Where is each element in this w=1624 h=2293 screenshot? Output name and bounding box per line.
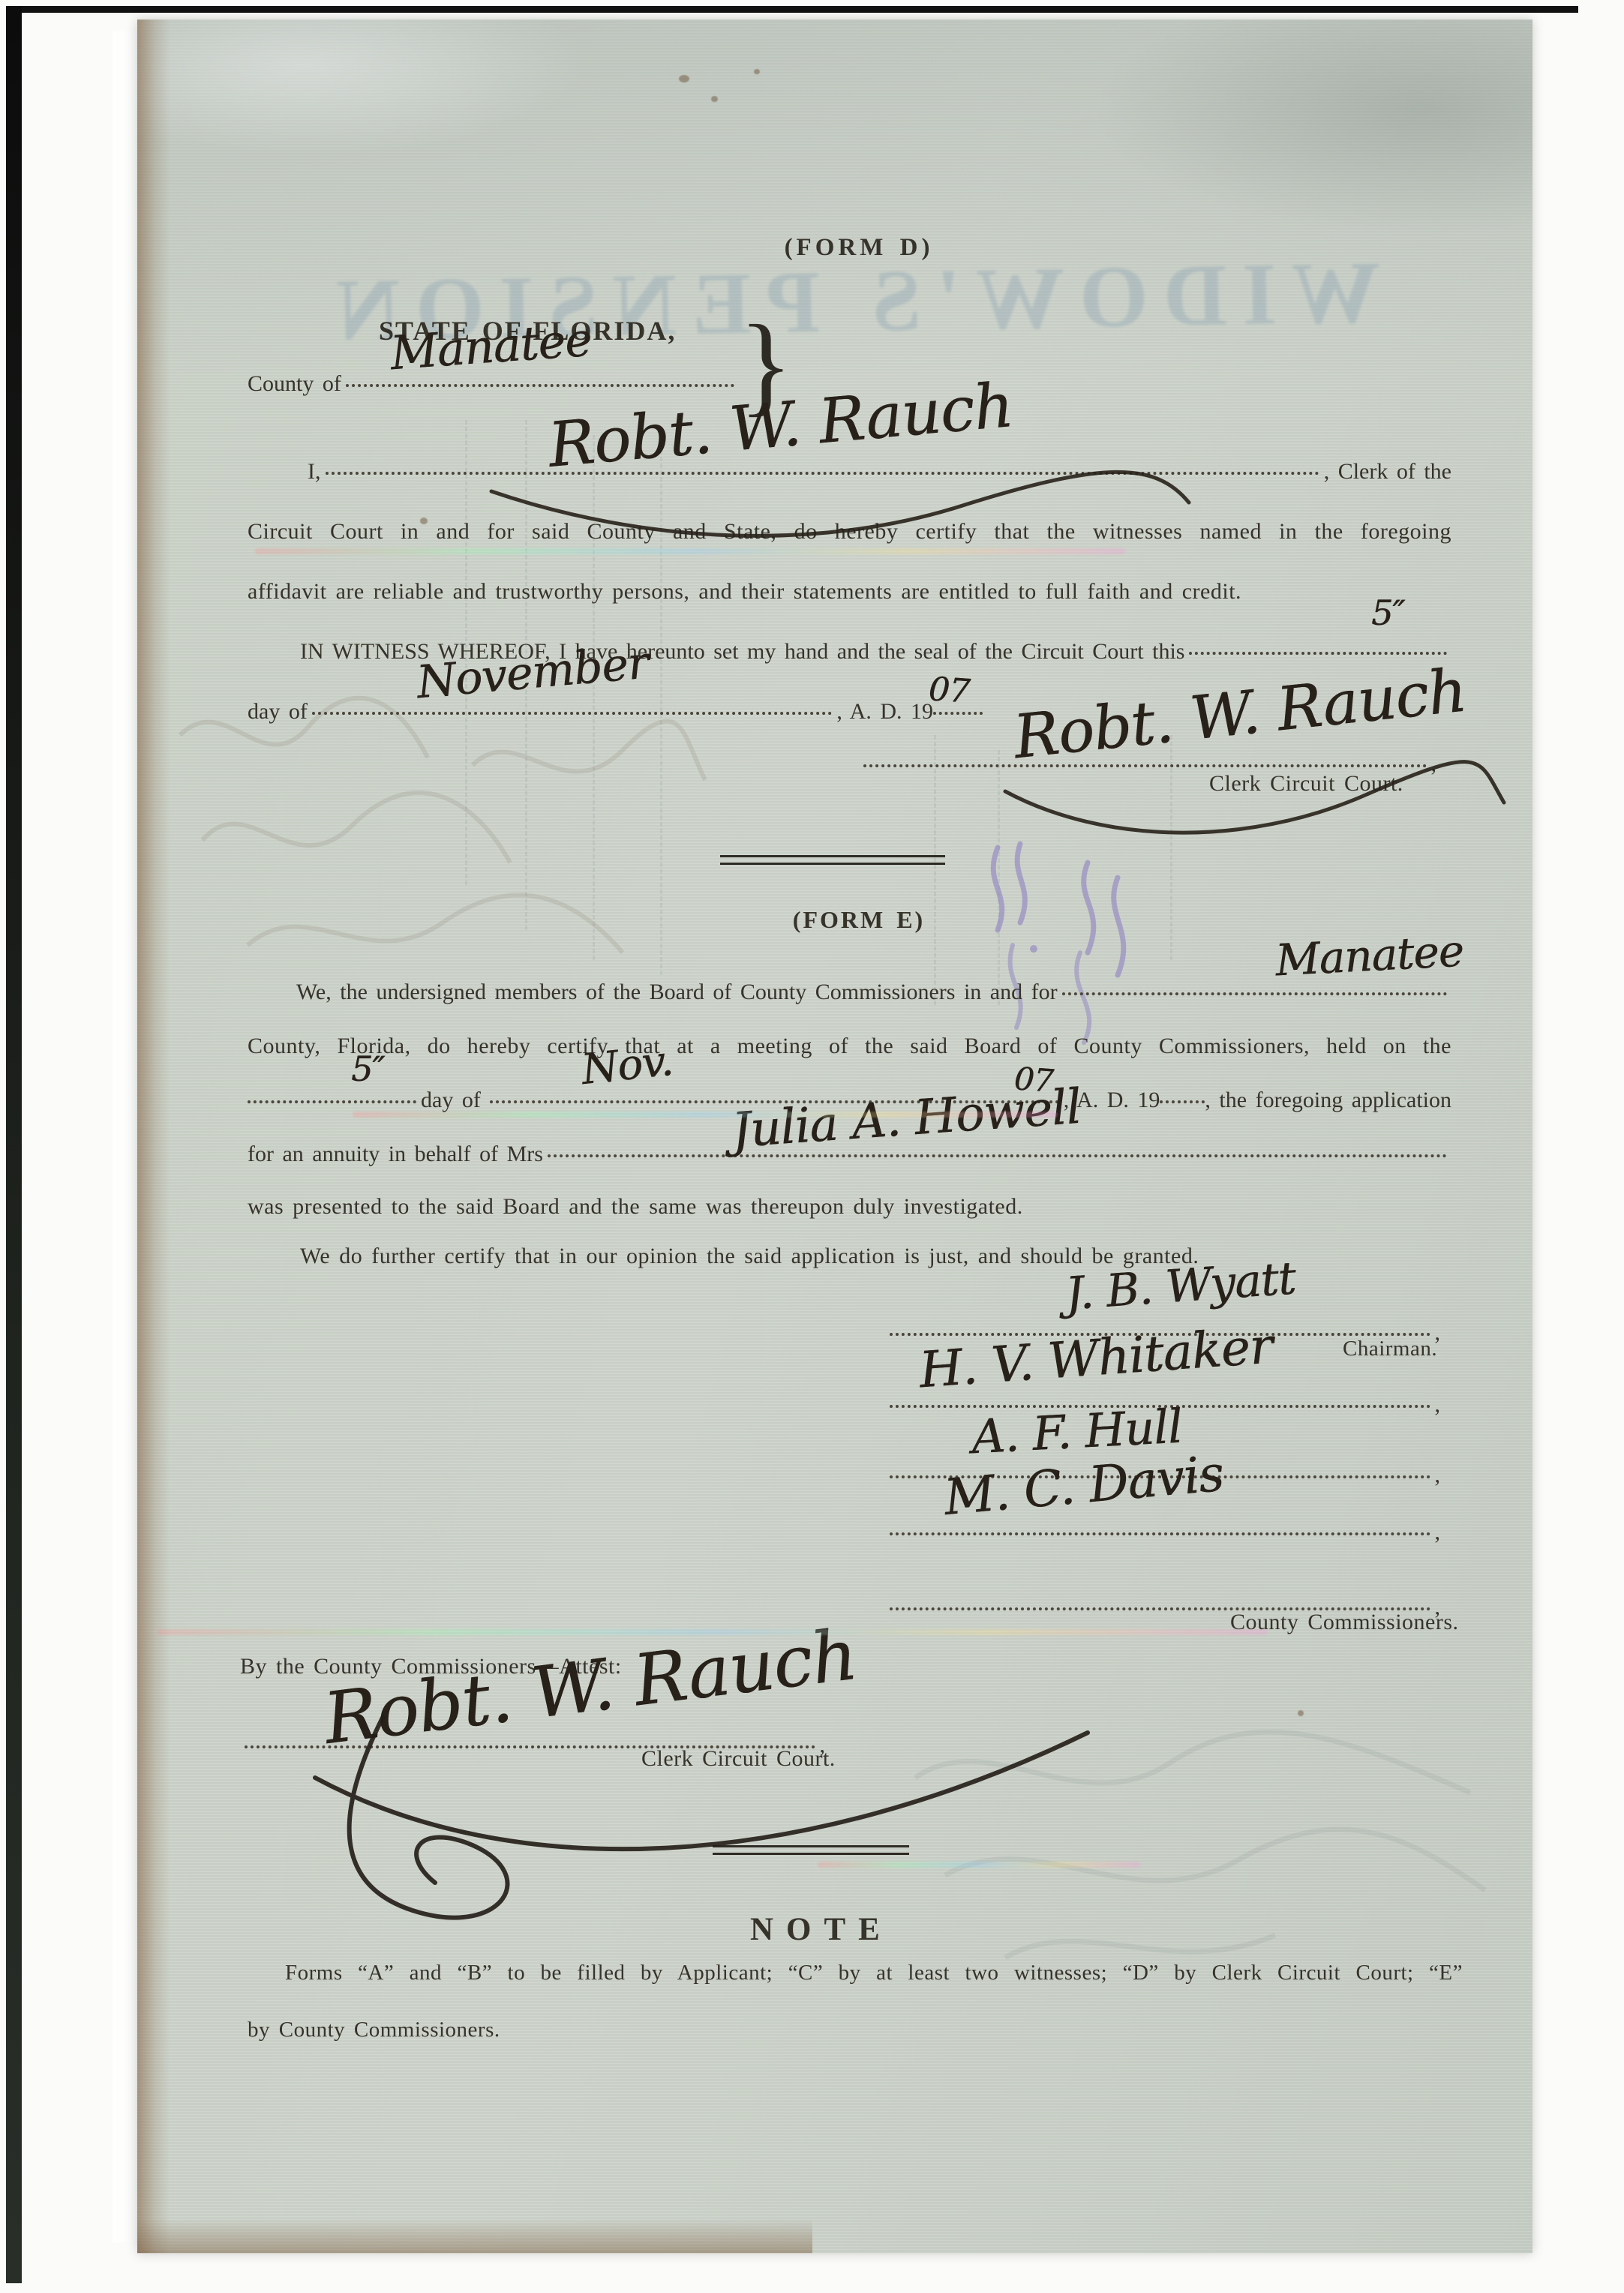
glare-streak (255, 548, 1125, 554)
dayof-label: day of (248, 699, 308, 725)
e-dayof-label: day of (421, 1088, 481, 1113)
chairman-title: Chairman. (1343, 1337, 1437, 1361)
trailing-comma: , (1435, 1392, 1441, 1418)
e-year-dotted-line (1160, 1097, 1205, 1103)
ad-label: , A. D. 19 (836, 699, 933, 725)
day-value-handwriting: 5″ (1371, 593, 1404, 633)
witness-dotted-line (1189, 649, 1447, 655)
note-line-1: Forms “A” and “B” to be filled by Applic… (285, 1961, 1463, 1985)
e-line1-text: We, the undersigned members of the Board… (296, 980, 1058, 1005)
e-day-dotted-line (248, 1097, 416, 1103)
glare-streak (353, 1112, 1058, 1118)
year-handwriting: 07 (927, 670, 970, 711)
e-line-6: We do further certify that in our opinio… (300, 1244, 1199, 1269)
e-line-5: was presented to the said Board and the … (248, 1194, 1023, 1220)
e-county-dotted-line (1062, 989, 1447, 995)
e-line3-suffix: , the foregoing application (1205, 1088, 1451, 1113)
month-dotted-line (312, 709, 833, 715)
trailing-comma: , (1435, 1520, 1441, 1545)
e-line-2: County, Florida, do hereby certify that … (248, 1034, 1451, 1059)
body-line-2: affidavit are reliable and trustworthy p… (248, 579, 1241, 605)
scanned-document: WIDOW'S PENSION (0, 0, 1624, 2293)
ink-speck (711, 96, 718, 102)
ink-speck (754, 69, 760, 74)
signature-flourish (990, 739, 1515, 851)
county-dotted-line (346, 381, 734, 387)
form-e-heading: (FORM E) (773, 906, 945, 934)
e-county-handwriting: Manatee (1274, 925, 1464, 986)
trailing-comma: , (1435, 1463, 1441, 1488)
e-month-handwriting: Nov. (579, 1037, 675, 1094)
form-d-heading: (FORM D) (761, 234, 956, 262)
e-mrs-dotted-line (548, 1151, 1447, 1157)
section-divider (720, 855, 945, 867)
opening-prefix: I, (308, 459, 321, 485)
glare-streak (158, 1629, 1268, 1635)
opening-suffix: , Clerk of the (1324, 459, 1451, 485)
ink-speck (1298, 1710, 1304, 1716)
paper-bottom-stain (137, 2219, 812, 2253)
signature-flourish (480, 450, 1200, 548)
paper-binding-edge (137, 20, 170, 2253)
county-label: County of (248, 371, 341, 397)
signature-dotted-line (890, 1529, 1430, 1535)
scanner-edge-top (14, 6, 1578, 13)
glare-streak (818, 1862, 1140, 1868)
attest-signature-flourish (225, 1688, 1110, 1935)
scanner-edge-left (6, 6, 22, 2283)
e-mrs-label: for an annuity in behalf of Mrs (248, 1142, 543, 1167)
note-line-2: by County Commissioners. (248, 2018, 500, 2042)
ink-speck (679, 75, 689, 83)
e-day-handwriting: 5″ (351, 1049, 384, 1089)
